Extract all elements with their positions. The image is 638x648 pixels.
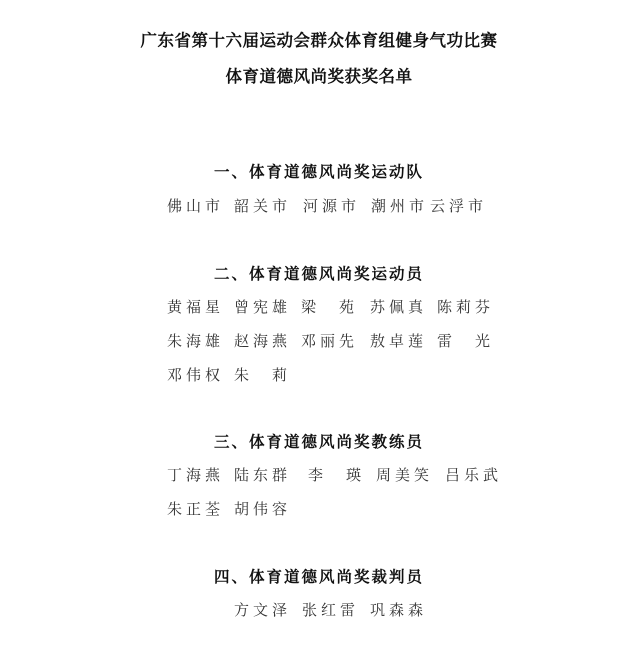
referee-name: 张红雷 (302, 599, 359, 620)
coach-name: 朱正荃 (167, 498, 224, 519)
section-heading: 二、体育道德风尚奖运动员 (0, 262, 638, 284)
athlete-name: 雷 光 (437, 330, 494, 351)
athlete-name: 邓伟权 (167, 364, 224, 385)
athlete-name: 陈莉芬 (437, 296, 494, 317)
name-row: 邓伟权 朱 莉 (167, 364, 497, 386)
athlete-name: 敖卓莲 (370, 330, 427, 351)
name-row: 朱正荃 胡伟容 (167, 498, 497, 520)
coach-name: 李 瑛 (308, 464, 365, 485)
referee-name: 方文泽 (234, 599, 291, 620)
team-name: 河源市 (303, 195, 360, 216)
athlete-name: 梁 苑 (301, 296, 358, 317)
team-name: 韶关市 (234, 195, 291, 216)
athlete-name: 朱 莉 (234, 364, 291, 385)
athlete-name: 黄福星 (167, 296, 224, 317)
coach-name: 胡伟容 (234, 498, 291, 519)
team-name: 潮州市 (371, 195, 428, 216)
team-name: 佛山市 (167, 195, 224, 216)
coach-name: 丁海燕 (167, 464, 224, 485)
referee-name: 巩森森 (370, 599, 427, 620)
team-name: 云浮市 (430, 195, 487, 216)
section-heading: 三、体育道德风尚奖教练员 (0, 430, 638, 452)
coach-name: 周美笑 (376, 464, 433, 485)
athlete-name: 赵海燕 (234, 330, 291, 351)
name-row: 方文泽 张红雷 巩森森 (234, 599, 564, 621)
coach-name: 吕乐武 (445, 464, 502, 485)
athlete-name: 曾宪雄 (234, 296, 291, 317)
name-row: 黄福星 曾宪雄 梁 苑 苏佩真 陈莉芬 (167, 296, 497, 318)
name-row: 丁海燕 陆东群 李 瑛 周美笑 吕乐武 (167, 464, 497, 486)
athlete-name: 苏佩真 (370, 296, 427, 317)
document-subtitle: 体育道德风尚奖获奖名单 (0, 63, 638, 87)
section-heading: 四、体育道德风尚奖裁判员 (0, 565, 638, 587)
section-heading: 一、体育道德风尚奖运动队 (0, 160, 638, 182)
athlete-name: 邓丽先 (301, 330, 358, 351)
coach-name: 陆东群 (234, 464, 291, 485)
name-row: 朱海雄 赵海燕 邓丽先 敖卓莲 雷 光 (167, 330, 497, 352)
athlete-name: 朱海雄 (167, 330, 224, 351)
document-title: 广东省第十六届运动会群众体育组健身气功比赛 (0, 27, 638, 51)
name-row: 佛山市 韶关市 河源市 潮州市 云浮市 (167, 195, 497, 217)
